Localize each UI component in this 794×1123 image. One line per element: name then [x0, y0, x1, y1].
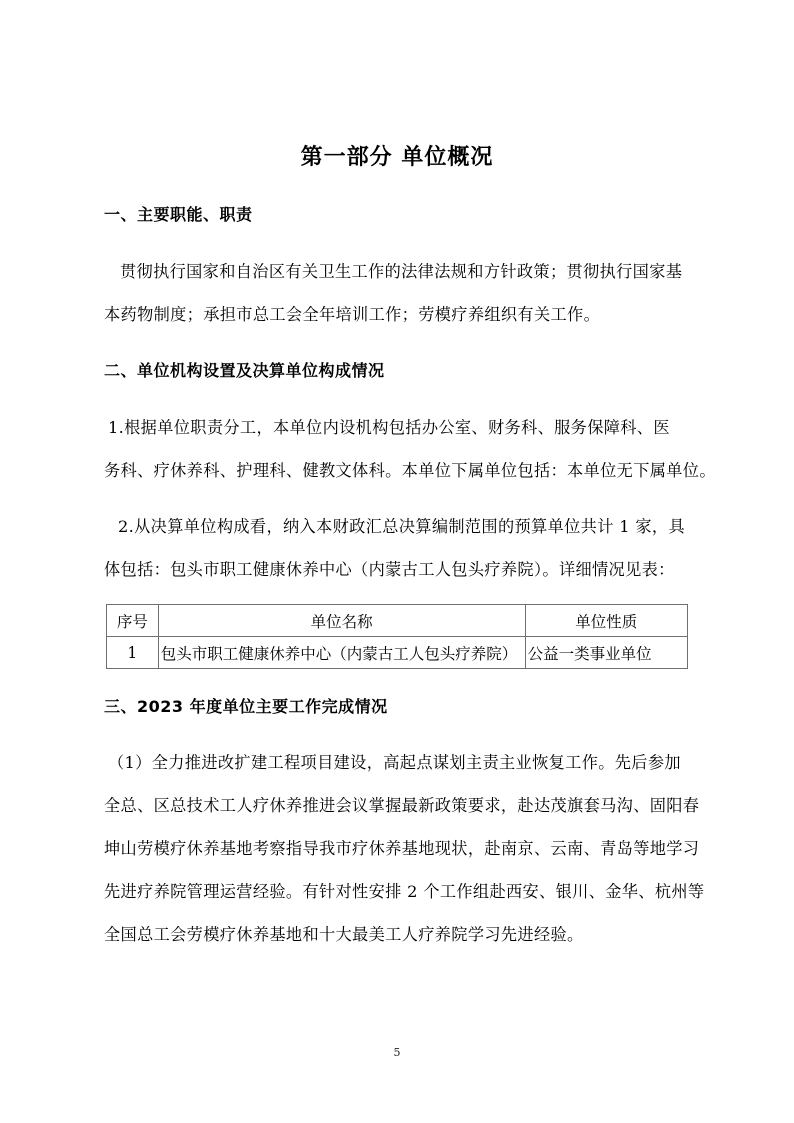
paragraph-line: 务科、疗休养科、护理科、健教文体科。本单位下属单位包括：本单位无下属单位。 — [104, 457, 720, 481]
section-heading-functions: 一、主要职能、职责 — [104, 202, 253, 225]
header-unit-name: 单位名称 — [158, 605, 525, 637]
paragraph-line: 坤山劳模疗休养基地考察指导我市疗休养基地现状，赴南京、云南、青岛等地学习 — [104, 835, 720, 859]
section-heading-work-2023: 三、2023 年度单位主要工作完成情况 — [104, 694, 388, 717]
paragraph-line: （1）全力推进改扩建工程项目建设，高起点谋划主责主业恢复工作。先后参加 — [108, 749, 724, 773]
header-unit-nature: 单位性质 — [525, 605, 687, 637]
paragraph-line: 全总、区总技术工人疗休养推进会议掌握最新政策要求，赴达茂旗套马沟、固阳春 — [104, 792, 720, 816]
table-row: 1 包头市职工健康休养中心（内蒙古工人包头疗养院） 公益一类事业单位 — [107, 637, 688, 669]
paragraph-line: 贯彻执行国家和自治区有关卫生工作的法律法规和方针政策；贯彻执行国家基 — [120, 258, 736, 282]
paragraph-line: 先进疗养院管理运营经验。有针对性安排 2 个工作组赴西安、银川、金华、杭州等 — [104, 878, 720, 902]
header-index: 序号 — [107, 605, 159, 637]
cell-unit-nature: 公益一类事业单位 — [525, 637, 687, 669]
table-header-row: 序号 单位名称 单位性质 — [107, 605, 688, 637]
document-page: 第一部分 单位概况 一、主要职能、职责 贯彻执行国家和自治区有关卫生工作的法律法… — [0, 0, 794, 1123]
paragraph-line: 体包括：包头市职工健康休养中心（内蒙古工人包头疗养院）。详细情况见表： — [104, 556, 720, 580]
page-number: 5 — [0, 1046, 794, 1059]
paragraph-line: 全国总工会劳模疗休养基地和十大最美工人疗养院学习先进经验。 — [104, 921, 720, 945]
cell-index: 1 — [107, 637, 159, 669]
cell-unit-name: 包头市职工健康休养中心（内蒙古工人包头疗养院） — [158, 637, 525, 669]
paragraph-line: 本药物制度；承担市总工会全年培训工作；劳模疗养组织有关工作。 — [104, 301, 720, 325]
paragraph-line: 1.根据单位职责分工，本单位内设机构包括办公室、财务科、服务保障科、医 — [108, 414, 724, 438]
part-title: 第一部分 单位概况 — [0, 140, 794, 171]
paragraph-line: 2.从决算单位构成看，纳入本财政汇总决算编制范围的预算单位共计 1 家，具 — [118, 513, 734, 537]
unit-composition-table: 序号 单位名称 单位性质 1 包头市职工健康休养中心（内蒙古工人包头疗养院） 公… — [106, 604, 688, 669]
section-heading-structure: 二、单位机构设置及决算单位构成情况 — [104, 358, 385, 381]
